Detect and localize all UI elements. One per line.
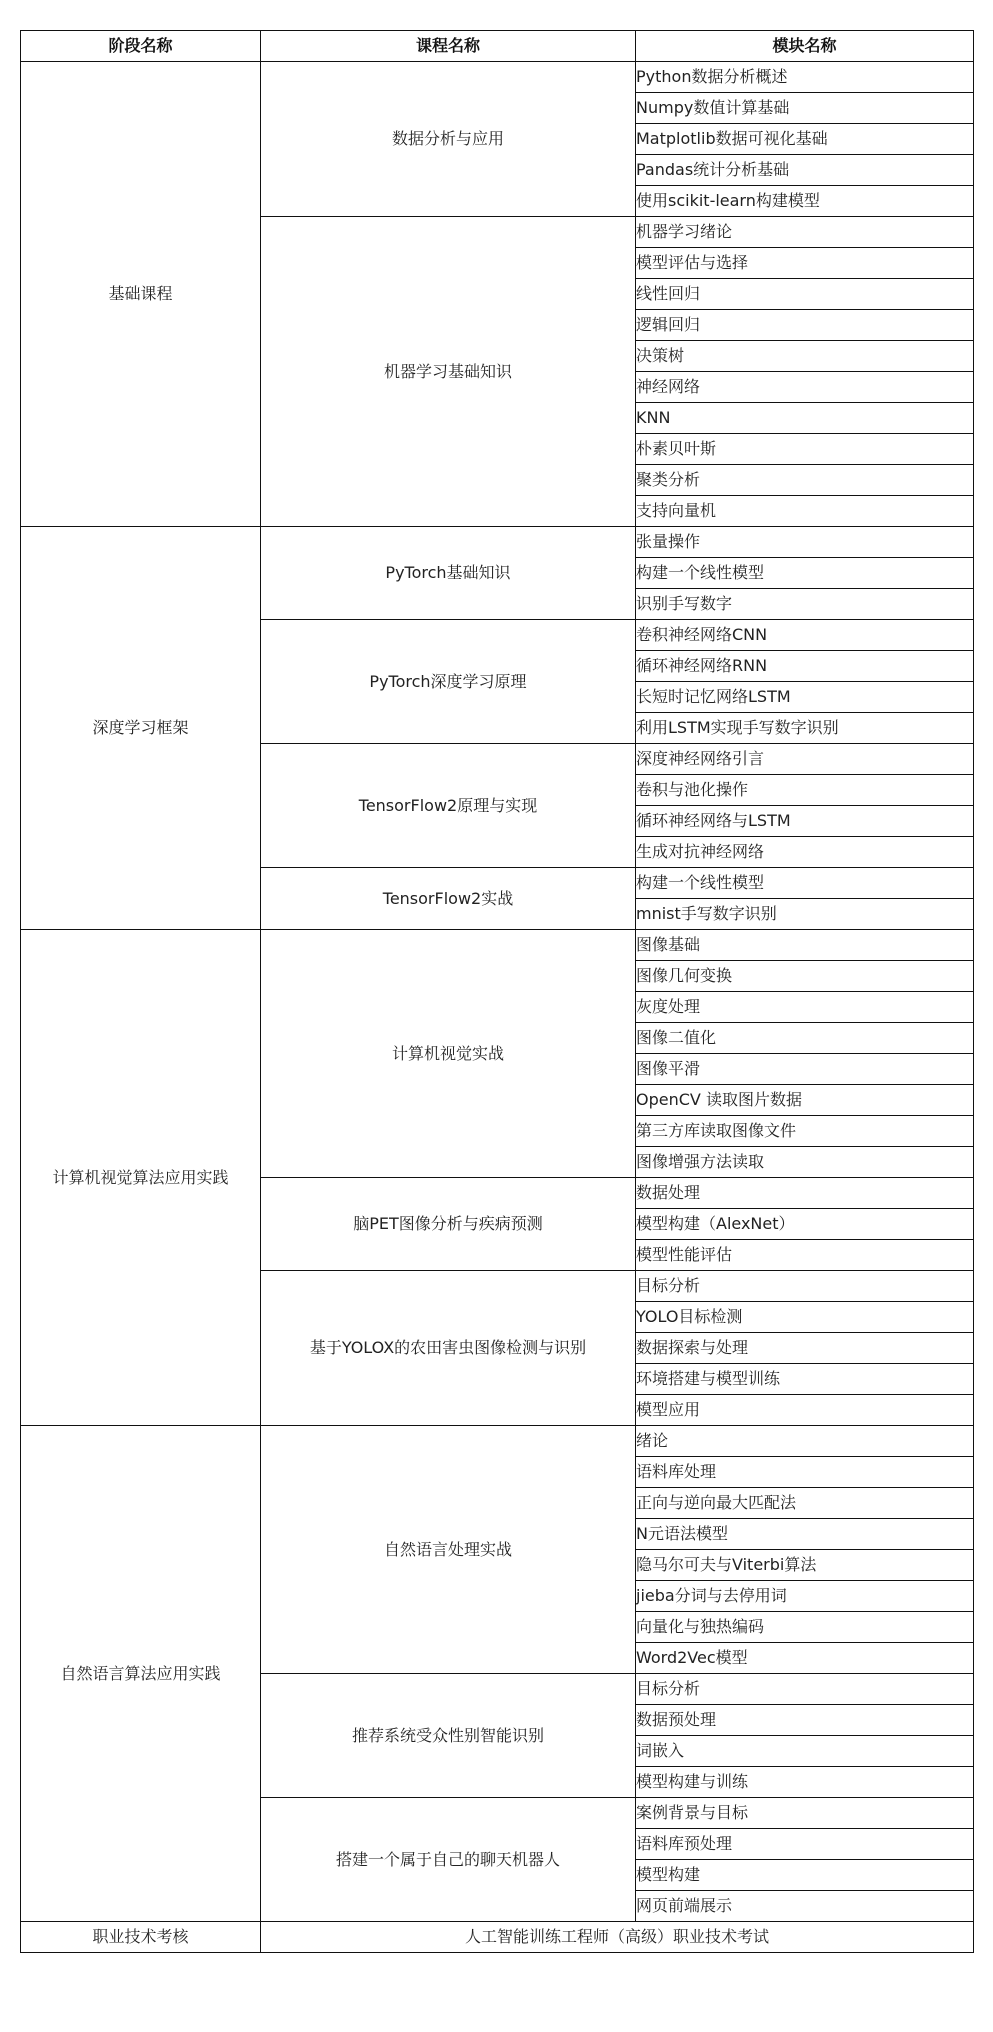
course-cell: 搭建一个属于自己的聊天机器人 <box>261 1798 636 1922</box>
course-cell: 数据分析与应用 <box>261 62 636 217</box>
module-cell: 案例背景与目标 <box>636 1798 974 1829</box>
module-cell: 卷积与池化操作 <box>636 775 974 806</box>
module-cell: 环境搭建与模型训练 <box>636 1364 974 1395</box>
module-cell: 模型性能评估 <box>636 1240 974 1271</box>
module-cell: 使用scikit-learn构建模型 <box>636 186 974 217</box>
module-cell: 数据预处理 <box>636 1705 974 1736</box>
module-cell: 图像二值化 <box>636 1023 974 1054</box>
module-cell: 支持向量机 <box>636 496 974 527</box>
stage-cell: 计算机视觉算法应用实践 <box>21 930 261 1426</box>
module-cell: 正向与逆向最大匹配法 <box>636 1488 974 1519</box>
module-cell: 数据探索与处理 <box>636 1333 974 1364</box>
header-module: 模块名称 <box>636 31 974 62</box>
module-cell: 利用LSTM实现手写数字识别 <box>636 713 974 744</box>
course-cell: 脑PET图像分析与疾病预测 <box>261 1178 636 1271</box>
module-cell: 逻辑回归 <box>636 310 974 341</box>
module-cell: OpenCV 读取图片数据 <box>636 1085 974 1116</box>
module-cell: 机器学习绪论 <box>636 217 974 248</box>
module-cell: 神经网络 <box>636 372 974 403</box>
module-cell: 构建一个线性模型 <box>636 868 974 899</box>
module-cell: Python数据分析概述 <box>636 62 974 93</box>
module-cell: 识别手写数字 <box>636 589 974 620</box>
table-body: 基础课程数据分析与应用Python数据分析概述Numpy数值计算基础Matplo… <box>21 62 974 1953</box>
module-cell: 朴素贝叶斯 <box>636 434 974 465</box>
module-cell: 构建一个线性模型 <box>636 558 974 589</box>
course-cell: PyTorch基础知识 <box>261 527 636 620</box>
module-cell: 网页前端展示 <box>636 1891 974 1922</box>
course-cell: TensorFlow2原理与实现 <box>261 744 636 868</box>
module-cell: 张量操作 <box>636 527 974 558</box>
module-cell: 隐马尔可夫与Viterbi算法 <box>636 1550 974 1581</box>
stage-cell: 深度学习框架 <box>21 527 261 930</box>
module-cell: 卷积神经网络CNN <box>636 620 974 651</box>
course-cell: 计算机视觉实战 <box>261 930 636 1178</box>
module-cell: 数据处理 <box>636 1178 974 1209</box>
course-cell: 机器学习基础知识 <box>261 217 636 527</box>
module-cell: 目标分析 <box>636 1674 974 1705</box>
stage-cell: 自然语言算法应用实践 <box>21 1426 261 1922</box>
final-content-cell: 人工智能训练工程师（高级）职业技术考试 <box>261 1922 974 1953</box>
module-cell: 模型评估与选择 <box>636 248 974 279</box>
module-cell: mnist手写数字识别 <box>636 899 974 930</box>
module-cell: 聚类分析 <box>636 465 974 496</box>
module-cell: 模型构建 <box>636 1860 974 1891</box>
module-cell: 目标分析 <box>636 1271 974 1302</box>
module-cell: 第三方库读取图像文件 <box>636 1116 974 1147</box>
module-cell: 模型构建（AlexNet） <box>636 1209 974 1240</box>
module-cell: 灰度处理 <box>636 992 974 1023</box>
course-cell: 基于YOLOX的农田害虫图像检测与识别 <box>261 1271 636 1426</box>
module-cell: 生成对抗神经网络 <box>636 837 974 868</box>
table-row: 计算机视觉算法应用实践计算机视觉实战图像基础 <box>21 930 974 961</box>
course-cell: 推荐系统受众性别智能识别 <box>261 1674 636 1798</box>
module-cell: 模型应用 <box>636 1395 974 1426</box>
module-cell: N元语法模型 <box>636 1519 974 1550</box>
header-stage: 阶段名称 <box>21 31 261 62</box>
table-row: 基础课程数据分析与应用Python数据分析概述 <box>21 62 974 93</box>
module-cell: 决策树 <box>636 341 974 372</box>
module-cell: 语料库处理 <box>636 1457 974 1488</box>
module-cell: 深度神经网络引言 <box>636 744 974 775</box>
table-row: 自然语言算法应用实践自然语言处理实战绪论 <box>21 1426 974 1457</box>
module-cell: 长短时记忆网络LSTM <box>636 682 974 713</box>
stage-cell: 基础课程 <box>21 62 261 527</box>
module-cell: 图像基础 <box>636 930 974 961</box>
module-cell: 线性回归 <box>636 279 974 310</box>
module-cell: 词嵌入 <box>636 1736 974 1767</box>
table-row: 深度学习框架PyTorch基础知识张量操作 <box>21 527 974 558</box>
module-cell: 向量化与独热编码 <box>636 1612 974 1643</box>
course-cell: PyTorch深度学习原理 <box>261 620 636 744</box>
final-stage-cell: 职业技术考核 <box>21 1922 261 1953</box>
module-cell: 循环神经网络与LSTM <box>636 806 974 837</box>
module-cell: 绪论 <box>636 1426 974 1457</box>
final-row: 职业技术考核人工智能训练工程师（高级）职业技术考试 <box>21 1922 974 1953</box>
module-cell: 语料库预处理 <box>636 1829 974 1860</box>
course-cell: 自然语言处理实战 <box>261 1426 636 1674</box>
module-cell: 循环神经网络RNN <box>636 651 974 682</box>
curriculum-table: 阶段名称 课程名称 模块名称 基础课程数据分析与应用Python数据分析概述Nu… <box>20 30 974 1953</box>
module-cell: 图像几何变换 <box>636 961 974 992</box>
header-course: 课程名称 <box>261 31 636 62</box>
module-cell: Pandas统计分析基础 <box>636 155 974 186</box>
module-cell: Numpy数值计算基础 <box>636 93 974 124</box>
header-row: 阶段名称 课程名称 模块名称 <box>21 31 974 62</box>
module-cell: KNN <box>636 403 974 434</box>
module-cell: YOLO目标检测 <box>636 1302 974 1333</box>
module-cell: 模型构建与训练 <box>636 1767 974 1798</box>
course-cell: TensorFlow2实战 <box>261 868 636 930</box>
module-cell: Matplotlib数据可视化基础 <box>636 124 974 155</box>
module-cell: 图像平滑 <box>636 1054 974 1085</box>
module-cell: jieba分词与去停用词 <box>636 1581 974 1612</box>
module-cell: Word2Vec模型 <box>636 1643 974 1674</box>
module-cell: 图像增强方法读取 <box>636 1147 974 1178</box>
